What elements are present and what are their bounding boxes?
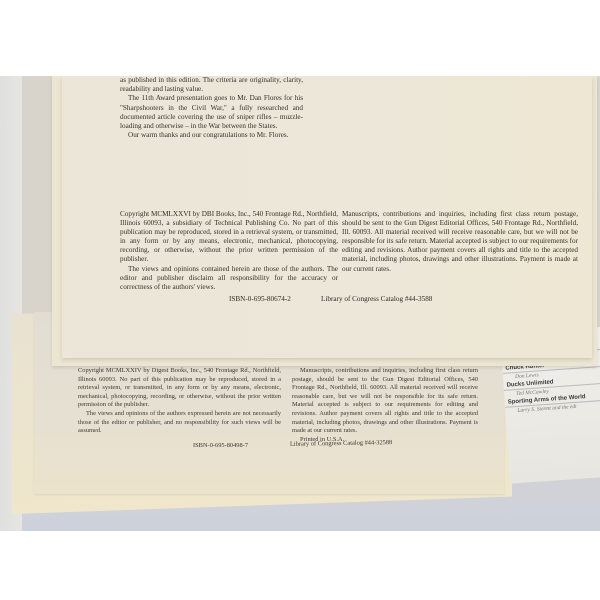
copyright-notice-1974: Copyright MCMLXXIV by Digest Books, Inc.… <box>78 367 281 436</box>
isbn-1976: ISBN-0-695-80674-2 <box>229 295 291 303</box>
manuscripts-notice-1976: Manuscripts, contributions and inquiries… <box>342 210 578 274</box>
award-paragraph: as published in this edition. The criter… <box>120 76 303 94</box>
disclaimer-paragraph: The views and opinions contained herein … <box>120 265 338 292</box>
isbn-1974: ISBN-0-695-80498-7 <box>193 442 248 449</box>
manuscripts-paragraph: Manuscripts, contributions and inquiries… <box>342 210 578 274</box>
disclaimer-paragraph: The views and opinions of the authors ex… <box>78 410 281 436</box>
copyright-paragraph: Copyright MCMLXXIV by Digest Books, Inc.… <box>78 367 281 410</box>
award-announcement: as published in this edition. The criter… <box>120 76 303 140</box>
copyright-notice-1976: Copyright MCMLXXVI by DBI Books, Inc., 5… <box>120 210 338 292</box>
manuscripts-notice-1974: Manuscripts, contributions and inquiries… <box>292 367 478 444</box>
photo-of-stacked-book-pages: Display of quality craftsmanship Deer St… <box>0 76 600 531</box>
award-paragraph: Our warm thanks and our congratulations … <box>120 131 303 140</box>
award-paragraph: The 11th Award presentation goes to Mr. … <box>120 94 303 131</box>
manuscripts-paragraph: Manuscripts, contributions and inquiries… <box>292 367 478 436</box>
copyright-paragraph: Copyright MCMLXXVI by DBI Books, Inc., 5… <box>120 210 338 265</box>
library-catalog-1976: Library of Congress Catalog #44-3588 <box>321 295 432 303</box>
